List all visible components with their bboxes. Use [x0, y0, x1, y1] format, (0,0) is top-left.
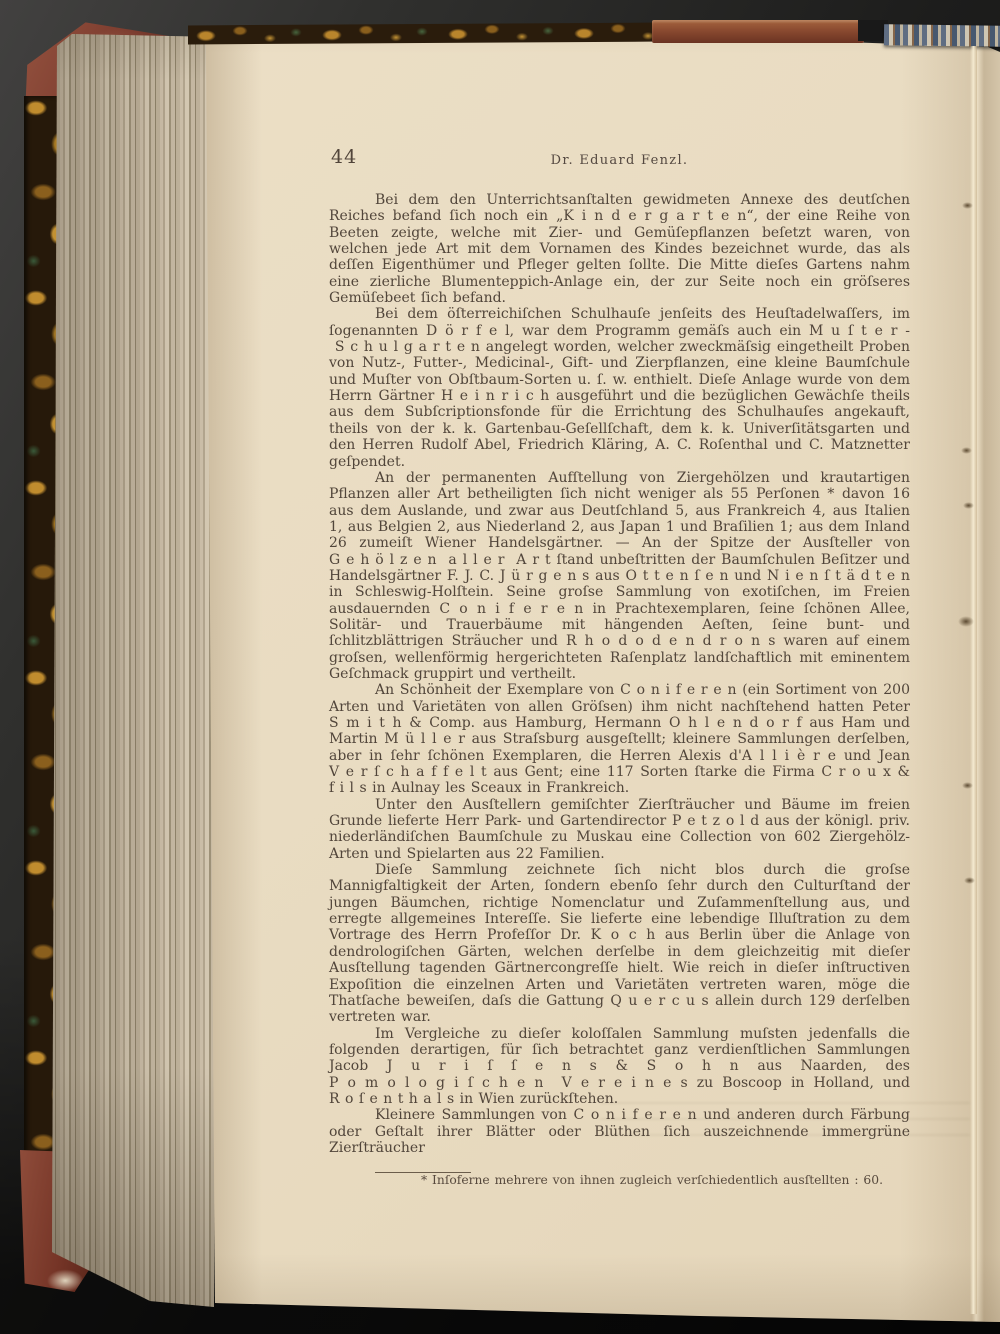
marbled-top-edge: [188, 23, 660, 45]
sewing-thread: [958, 616, 974, 627]
sewing-thread: [964, 877, 975, 884]
body-text: Bei dem den Unterrichtsanſtalten gewidme…: [329, 192, 910, 1188]
body-paragraph: Im Vergleiche zu dieſer koloſſalen Samml…: [329, 1026, 910, 1108]
sewing-thread: [963, 502, 974, 509]
sewing-thread: [962, 782, 973, 789]
sewing-thread: [961, 447, 972, 454]
headband: [884, 24, 1000, 47]
body-paragraph: Dieſe Sammlung zeichnete ſich nicht blos…: [329, 862, 910, 1025]
body-paragraph: An Schönheit der Exemplare von C o n i f…: [329, 682, 910, 796]
body-paragraph: Bei dem öſterreichiſchen Schulhauſe jenſ…: [329, 306, 910, 469]
body-paragraph: An der permanenten Aufſtellung von Zierg…: [329, 470, 910, 682]
body-paragraph: Kleinere Sammlungen von C o n i f e r e …: [329, 1107, 910, 1156]
body-paragraph: Bei dem den Unterrichtsanſtalten gewidme…: [329, 192, 910, 306]
gutter-fold: [970, 46, 977, 1314]
printed-text-block: 44 Dr. Eduard Fenzl. Bei dem den Unterri…: [329, 146, 910, 1188]
book-photo: 44 Dr. Eduard Fenzl. Bei dem den Unterri…: [0, 0, 1000, 1334]
footnote-text: * Inſoferne mehrere von ihnen zugleich v…: [329, 1173, 910, 1188]
footnote: * Inſoferne mehrere von ihnen zugleich v…: [329, 1172, 910, 1188]
sewing-thread: [962, 202, 973, 209]
running-header: Dr. Eduard Fenzl.: [329, 153, 910, 168]
leather-top-edge: [652, 20, 864, 43]
body-paragraph: Unter den Ausſtellern gemiſchter Zierſtr…: [329, 797, 910, 862]
page-header: 44 Dr. Eduard Fenzl.: [329, 146, 910, 172]
